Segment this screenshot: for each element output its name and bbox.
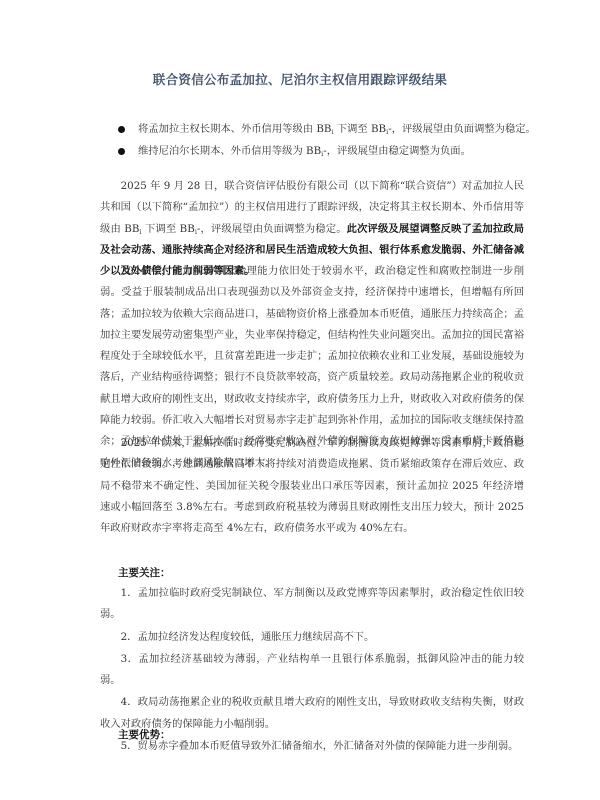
section-heading-concerns: 主要关注： bbox=[118, 565, 171, 580]
bullet-text-post: -，评级展望由稳定调整为负面。 bbox=[323, 145, 471, 157]
bullet-text-pre: 维持尼泊尔长期本、外币信用等级为 BB bbox=[138, 145, 321, 157]
list-item: 3．孟加拉经济基础较为薄弱，产业结构单一且银行体系脆弱，抵御风险冲击的能力较弱。 bbox=[100, 649, 524, 692]
paragraph-text: 下调至 BB bbox=[142, 223, 195, 235]
bullet-nepal-rating: 维持尼泊尔长期本、外币信用等级为 BBi-，评级展望由稳定调整为负面。 bbox=[118, 140, 528, 162]
bullet-text-mid: 下调至 BB bbox=[334, 123, 387, 135]
bullet-bangladesh-rating: 将孟加拉主权长期本、外币信用等级由 BBi 下调至 BBi-，评级展望由负面调整… bbox=[118, 118, 528, 140]
paragraph-text: -，评级展望由负面调整为稳定。 bbox=[197, 223, 347, 235]
bullet-text-pre: 将孟加拉主权长期本、外币信用等级由 BB bbox=[138, 123, 331, 135]
bullet-dot-icon bbox=[118, 126, 125, 133]
bullet-text-post: -，评级展望由负面调整为稳定。 bbox=[388, 123, 536, 135]
list-item: 1．孟加拉临时政府受宪制缺位、军方制衡以及政党博弈等因素掣肘，政治稳定性依旧较弱… bbox=[100, 583, 524, 626]
document-page: 联合资信公布孟加拉、尼泊尔主权信用跟踪评级结果 将孟加拉主权长期本、外币信用等级… bbox=[0, 0, 600, 800]
key-rating-bullets: 将孟加拉主权长期本、外币信用等级由 BBi 下调至 BBi-，评级展望由负面调整… bbox=[118, 118, 528, 162]
paragraph-text: 2025 年以来，孟加拉临时政府受宪制缺位、军方制衡以及政党博弈等因素掣肘，政治… bbox=[100, 433, 524, 539]
list-item: 2．孟加拉经济发达程度较低，通胀压力继续居高不下。 bbox=[100, 627, 524, 648]
section-heading-strengths: 主要优势： bbox=[118, 727, 171, 742]
page-title: 联合资信公布孟加拉、尼泊尔主权信用跟踪评级结果 bbox=[0, 70, 600, 88]
bullet-dot-icon bbox=[118, 148, 125, 155]
paragraph-2025-outlook: 2025 年以来，孟加拉临时政府受宪制缺位、军方制衡以及政党博弈等因素掣肘，政治… bbox=[100, 433, 524, 539]
